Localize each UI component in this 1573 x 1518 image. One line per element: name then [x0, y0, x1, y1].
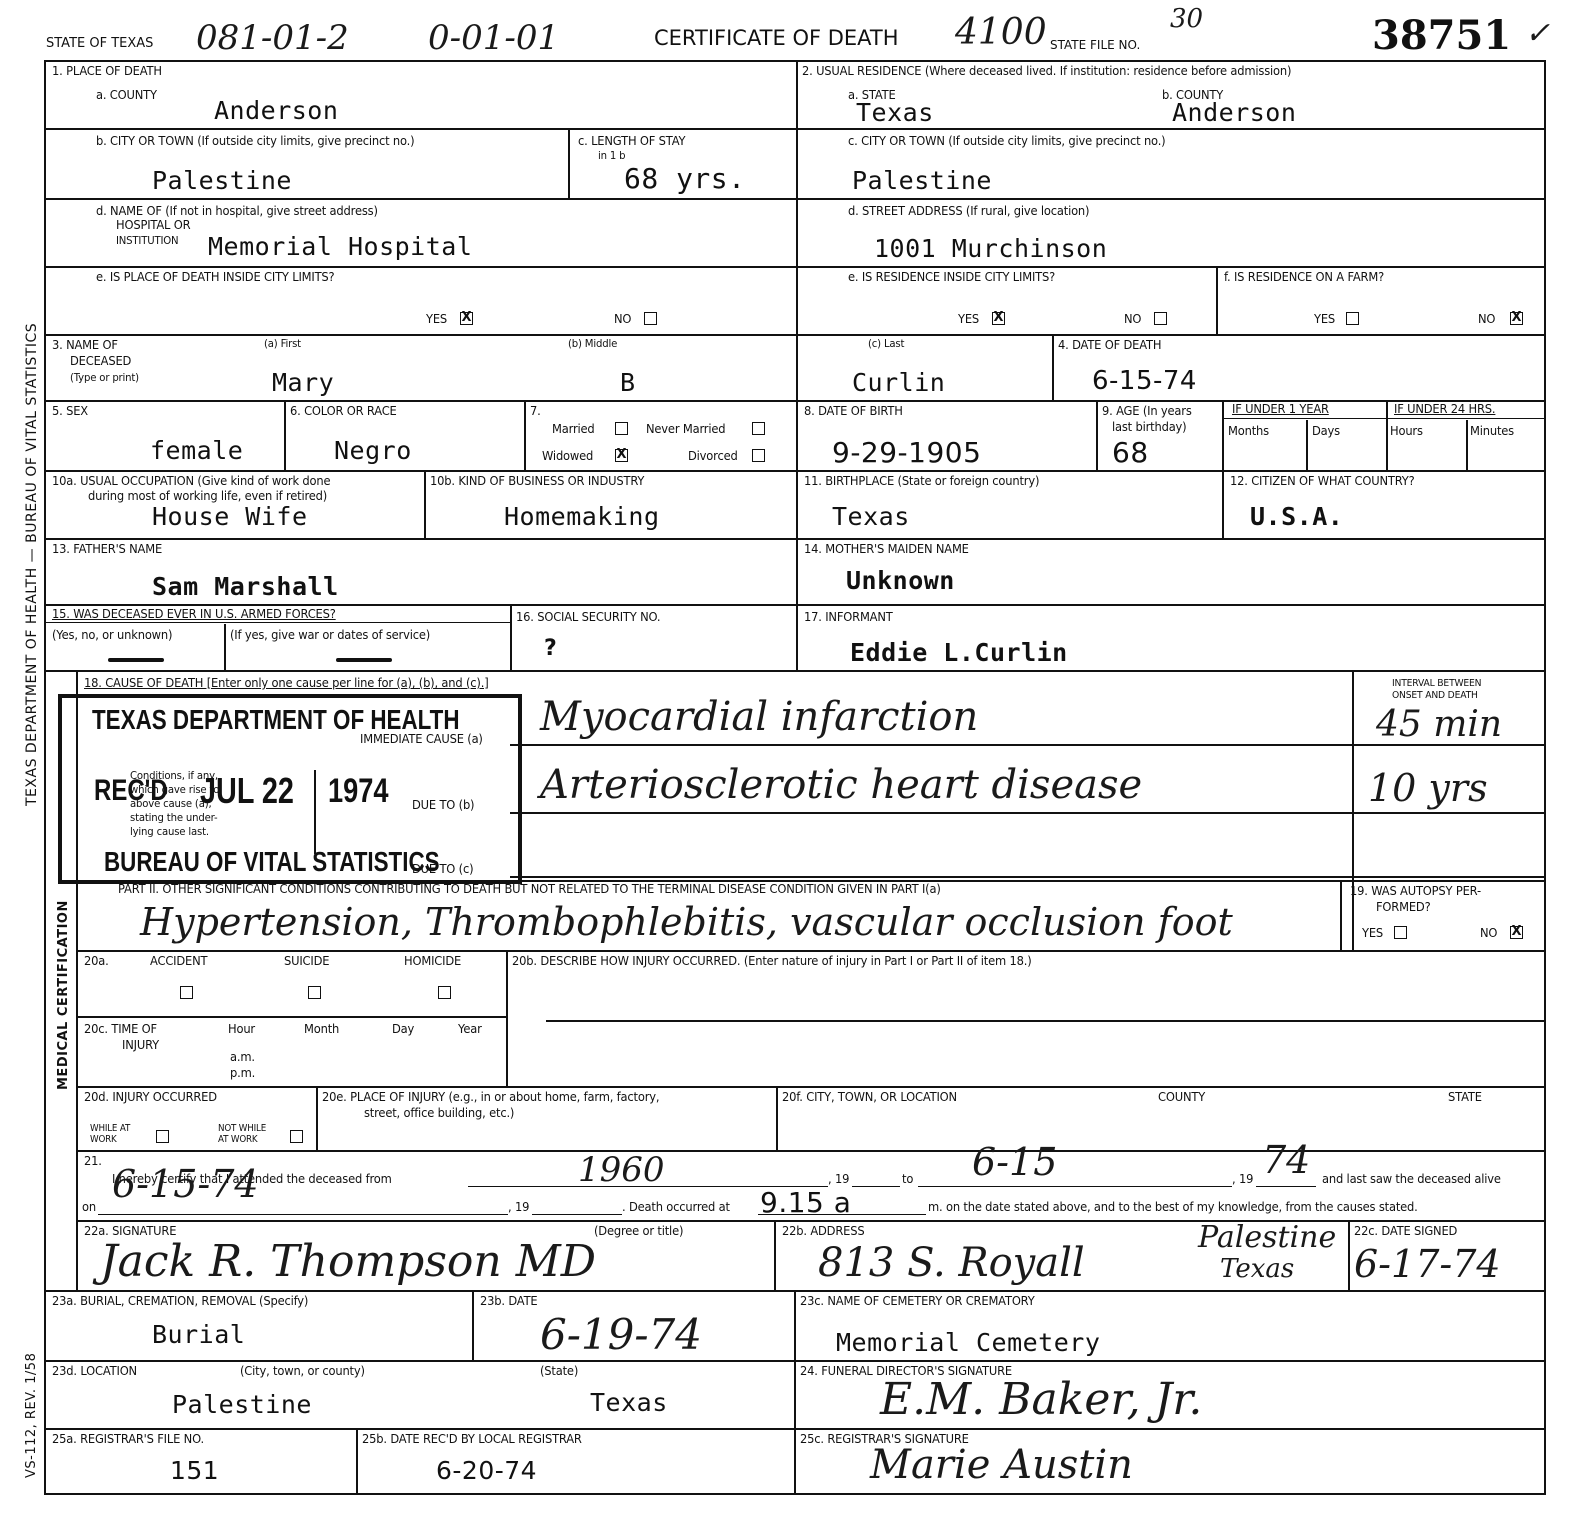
divider [424, 470, 426, 538]
divider [1306, 420, 1308, 470]
stamp-year: 1974 [328, 772, 389, 811]
occupation-label-2: during most of working life, even if ret… [88, 489, 327, 503]
handwritten-file-annotation: 30 [1170, 4, 1203, 34]
suicide-label: SUICIDE [284, 954, 329, 968]
autopsy-yes-checkbox[interactable] [1394, 926, 1407, 939]
citizen-value[interactable]: U.S.A. [1250, 502, 1343, 531]
farm-yes-checkbox[interactable] [1346, 312, 1359, 325]
cemetery-value[interactable]: Memorial Cemetery [836, 1328, 1100, 1357]
armed-forces-dash-1 [108, 658, 164, 662]
cemetery-label: 23c. NAME OF CEMETERY OR CREMATORY [800, 1294, 1035, 1308]
burial-location-value[interactable]: Palestine [172, 1390, 312, 1419]
attended-to-year-value[interactable]: 74 [1262, 1138, 1310, 1182]
physician-address-city[interactable]: Palestine [1198, 1220, 1336, 1255]
residence-inside-limits-label: e. IS RESIDENCE INSIDE CITY LIMITS? [848, 270, 1055, 284]
autopsy-no-label: NO [1480, 926, 1497, 940]
never-married-label: Never Married [646, 422, 725, 436]
death-time-value[interactable]: 9.15 a [760, 1186, 851, 1219]
death-inside-limits-label: e. IS PLACE OF DEATH INSIDE CITY LIMITS? [96, 270, 334, 284]
divider [76, 950, 1544, 952]
day-label: Day [392, 1022, 414, 1036]
19b-underline [1256, 1186, 1316, 1187]
divider [76, 1016, 508, 1018]
death-inside-no-label: NO [614, 312, 631, 326]
burial-state-label: (State) [540, 1364, 578, 1378]
certification-text-3: . Death occurred at [622, 1200, 730, 1214]
divider [568, 128, 570, 198]
birthplace-value[interactable]: Texas [832, 502, 910, 531]
days-label: Days [1312, 424, 1340, 438]
age-label-2: last birthday) [1112, 420, 1186, 434]
homicide-label: HOMICIDE [404, 954, 461, 968]
name-label-3: (Type or print) [70, 372, 139, 384]
injury-county-label: COUNTY [1158, 1090, 1205, 1104]
age-value[interactable]: 68 [1112, 436, 1149, 469]
length-of-stay-sub: in 1 b [598, 150, 625, 162]
certification-19c: , 19 [508, 1200, 529, 1214]
physician-signature[interactable]: Jack R. Thompson MD [100, 1236, 596, 1287]
burial-date-label: 23b. DATE [480, 1294, 538, 1308]
part-ii-value[interactable]: Hypertension, Thrombophlebitis, vascular… [140, 900, 1233, 944]
divider [316, 1086, 318, 1150]
funeral-director-signature[interactable]: E.M. Baker, Jr. [880, 1374, 1202, 1425]
attended-to-value[interactable]: 6-15 [972, 1140, 1057, 1184]
stamp-date: JUL 22 [200, 770, 294, 812]
divider [284, 400, 286, 470]
certificate-number: 38751 [1372, 12, 1511, 59]
frame-left [44, 60, 46, 1495]
registrar-date-label: 25b. DATE REC'D BY LOCAL REGISTRAR [362, 1432, 582, 1446]
residence-inside-no-checkbox[interactable] [1154, 312, 1167, 325]
farm-no-label: NO [1478, 312, 1495, 326]
divider [76, 1150, 1544, 1152]
residence-label: 2. USUAL RESIDENCE (Where deceased lived… [802, 64, 1291, 78]
last-name-value[interactable]: Curlin [852, 368, 945, 397]
residence-county-value[interactable]: Anderson [1172, 98, 1296, 127]
divider [1386, 400, 1388, 470]
under-year-label: IF UNDER 1 YEAR [1232, 402, 1329, 416]
place-of-injury-label: 20e. PLACE OF INJURY (e.g., in or about … [322, 1090, 659, 1104]
marital-status-num: 7. [530, 404, 541, 418]
divider [356, 1428, 358, 1494]
death-county-value[interactable]: Anderson [214, 96, 338, 125]
residence-street-value[interactable]: 1001 Murchinson [874, 234, 1107, 263]
first-name-value[interactable]: Mary [272, 368, 334, 397]
autopsy-label-2: FORMED? [1376, 900, 1431, 914]
mother-value[interactable]: Unknown [846, 566, 955, 595]
divider [44, 470, 1546, 472]
length-of-stay-value[interactable]: 68 yrs. [624, 162, 746, 195]
interval-label: INTERVAL BETWEEN [1392, 678, 1481, 689]
hour-label: Hour [228, 1022, 255, 1036]
armed-forces-sub-2: (If yes, give war or dates of service) [230, 628, 430, 642]
certification-19a: , 19 [828, 1172, 849, 1186]
divider [524, 400, 526, 470]
widowed-checkbox[interactable]: X [615, 449, 628, 462]
never-married-checkbox[interactable] [752, 422, 765, 435]
injury-state-label: STATE [1448, 1090, 1482, 1104]
divider [224, 624, 226, 670]
birth-date-label: 8. DATE OF BIRTH [804, 404, 903, 418]
death-date-value[interactable]: 6-15-74 [1092, 366, 1197, 396]
armed-forces-sub-1: (Yes, no, or unknown) [52, 628, 172, 642]
minutes-label: Minutes [1470, 424, 1514, 438]
not-while-at-work-label-2: AT WORK [218, 1135, 257, 1145]
accident-label: ACCIDENT [150, 954, 207, 968]
divider [510, 876, 1544, 878]
divider [1216, 266, 1218, 334]
physician-address-label: 22b. ADDRESS [782, 1224, 864, 1238]
death-county-label: a. COUNTY [96, 88, 157, 102]
physician-address-state[interactable]: Texas [1220, 1254, 1294, 1284]
degree-label: (Degree or title) [594, 1224, 683, 1238]
19c-underline [532, 1214, 622, 1215]
form-id-side-label: VS-112, REV. 1/58 [24, 1353, 39, 1478]
divider [44, 622, 510, 623]
interval-label-2: ONSET AND DEATH [1392, 690, 1478, 701]
describe-injury-label: 20b. DESCRIBE HOW INJURY OCCURRED. (Ente… [512, 954, 1032, 968]
place-of-injury-label-2: street, office building, etc.) [364, 1106, 514, 1120]
first-name-label: (a) First [264, 338, 301, 350]
certification-to: to [902, 1172, 913, 1186]
time-of-injury-label: 20c. TIME OF [84, 1022, 157, 1036]
residence-inside-yes-label: YES [958, 312, 979, 326]
residence-inside-no-label: NO [1124, 312, 1141, 326]
handwritten-code-2: 0-01-01 [428, 18, 559, 58]
registrar-file-label: 25a. REGISTRAR'S FILE NO. [52, 1432, 204, 1446]
time-of-injury-label-2: INJURY [122, 1038, 159, 1052]
divider [44, 198, 1546, 200]
divider [1348, 1220, 1350, 1290]
disposition-value[interactable]: Burial [152, 1320, 245, 1349]
autopsy-yes-label: YES [1362, 926, 1383, 940]
residence-inside-yes-checkbox[interactable]: X [992, 312, 1005, 325]
handwritten-code-1: 081-01-2 [196, 18, 349, 58]
middle-name-label: (b) Middle [568, 338, 617, 350]
industry-value[interactable]: Homemaking [504, 502, 660, 531]
divider [44, 670, 1546, 672]
informant-value[interactable]: Eddie L.Curlin [850, 638, 1068, 667]
homicide-checkbox[interactable] [438, 986, 451, 999]
stamp-bracket [314, 770, 316, 854]
registrar-date-value[interactable]: 6-20-74 [436, 1456, 537, 1485]
state-file-label: STATE FILE NO. [1050, 38, 1140, 52]
stamp-recd: REC'D [94, 774, 168, 808]
medical-certification-side-label: MEDICAL CERTIFICATION [56, 900, 71, 1090]
last-name-label: (c) Last [868, 338, 904, 350]
not-while-at-work-label: NOT WHILE [218, 1124, 266, 1134]
informant-label: 17. INFORMANT [804, 610, 893, 624]
burial-state-value[interactable]: Texas [590, 1388, 668, 1417]
certification-text-2: and last saw the deceased alive [1322, 1172, 1501, 1186]
certification-on: on [82, 1200, 96, 1214]
injury-occurred-label: 20d. INJURY OCCURRED [84, 1090, 217, 1104]
divider [44, 538, 1546, 540]
divider [546, 1020, 1544, 1022]
mother-label: 14. MOTHER'S MAIDEN NAME [804, 542, 969, 556]
sex-value[interactable]: female [150, 436, 243, 465]
under-24-label: IF UNDER 24 HRS. [1394, 402, 1495, 416]
check-mark-icon: ✓ [1525, 16, 1550, 51]
divider [1052, 334, 1054, 400]
residence-street-label: d. STREET ADDRESS (If rural, give locati… [848, 204, 1089, 218]
death-city-label: b. CITY OR TOWN (If outside city limits,… [96, 134, 414, 148]
state-of-texas-label: STATE OF TEXAS [46, 36, 153, 51]
divider [76, 1086, 1544, 1088]
industry-label: 10b. KIND OF BUSINESS OR INDUSTRY [430, 474, 644, 488]
divider [510, 812, 1544, 814]
while-at-work-label-2: WORK [90, 1135, 117, 1145]
divorced-label: Divorced [688, 449, 738, 463]
birth-date-value[interactable]: 9-29-1905 [832, 436, 981, 469]
death-inside-yes-label: YES [426, 312, 447, 326]
attended-from-value[interactable]: 1960 [578, 1150, 665, 1190]
hospital-value[interactable]: Memorial Hospital [208, 232, 472, 261]
residence-city-label: c. CITY OR TOWN (If outside city limits,… [848, 134, 1165, 148]
divider [1466, 420, 1468, 470]
divider [44, 128, 1546, 130]
middle-name-value[interactable]: B [620, 368, 636, 397]
citizen-label: 12. CITIZEN OF WHAT COUNTRY? [1230, 474, 1415, 488]
not-while-at-work-checkbox[interactable] [290, 1130, 303, 1143]
certification-text-4: m. on the date stated above, and to the … [928, 1200, 1418, 1214]
married-checkbox[interactable] [615, 422, 628, 435]
frame-right [1544, 60, 1546, 1495]
divider [472, 1290, 474, 1360]
married-label: Married [552, 422, 595, 436]
residence-state-value[interactable]: Texas [856, 98, 934, 127]
certification-19b: , 19 [1232, 1172, 1253, 1186]
occupation-label: 10a. USUAL OCCUPATION (Give kind of work… [52, 474, 330, 488]
death-inside-yes-checkbox[interactable]: X [460, 312, 473, 325]
divider [774, 1220, 776, 1290]
divider [1222, 418, 1544, 419]
occupation-value[interactable]: House Wife [152, 502, 308, 531]
name-label-2: DECEASED [70, 354, 131, 368]
cause-b-value[interactable]: Arteriosclerotic heart disease [540, 762, 1142, 808]
injury-city-label: 20f. CITY, TOWN, OR LOCATION [782, 1090, 957, 1104]
ssn-label: 16. SOCIAL SECURITY NO. [516, 610, 660, 624]
divider [1340, 880, 1342, 952]
ssn-value[interactable]: ? [544, 636, 557, 661]
pm-label: p.m. [230, 1066, 255, 1080]
certificate-title: CERTIFICATE OF DEATH [654, 26, 899, 50]
last-seen-value[interactable]: 6-15-74 [112, 1162, 259, 1206]
disposition-label: 23a. BURIAL, CREMATION, REMOVAL (Specify… [52, 1294, 308, 1308]
burial-date-value[interactable]: 6-19-74 [540, 1310, 702, 1359]
interval-b-value[interactable]: 10 yrs [1368, 766, 1488, 810]
registrar-file-value[interactable]: 151 [170, 1456, 219, 1485]
farm-yes-label: YES [1314, 312, 1335, 326]
burial-location-sub: (City, town, or county) [240, 1364, 365, 1378]
date-signed-value[interactable]: 6-17-74 [1354, 1242, 1501, 1286]
hospital-label-3: INSTITUTION [116, 235, 178, 247]
divider [510, 604, 512, 670]
handwritten-title-annotation: 4100 [955, 12, 1047, 53]
on-underline [98, 1214, 508, 1215]
hospital-label: d. NAME OF (If not in hospital, give str… [96, 204, 378, 218]
accident-checkbox[interactable] [180, 986, 193, 999]
divider [1222, 400, 1224, 538]
divider [44, 266, 1546, 268]
death-inside-no-checkbox[interactable] [644, 312, 657, 325]
year-label: Year [458, 1022, 482, 1036]
father-value[interactable]: Sam Marshall [152, 572, 339, 601]
suicide-checkbox[interactable] [308, 986, 321, 999]
divider [1096, 400, 1098, 470]
race-label: 6. COLOR OR RACE [290, 404, 397, 418]
place-of-death-label: 1. PLACE OF DEATH [52, 64, 162, 78]
death-date-label: 4. DATE OF DEATH [1058, 338, 1161, 352]
armed-forces-label: 15. WAS DECEASED EVER IN U.S. ARMED FORC… [52, 607, 336, 621]
19a-underline [852, 1186, 900, 1187]
sex-label: 5. SEX [52, 404, 88, 418]
divider [506, 950, 508, 1088]
while-at-work-checkbox[interactable] [156, 1130, 169, 1143]
farm-no-checkbox[interactable]: X [1510, 312, 1523, 325]
am-label: a.m. [230, 1050, 255, 1064]
age-label: 9. AGE (In years [1102, 404, 1192, 418]
death-city-value[interactable]: Palestine [152, 166, 292, 195]
divider [796, 60, 798, 670]
autopsy-no-checkbox[interactable]: X [1510, 926, 1523, 939]
father-label: 13. FATHER'S NAME [52, 542, 162, 556]
burial-location-label: 23d. LOCATION [52, 1364, 137, 1378]
cause-a-value[interactable]: Myocardial infarction [540, 694, 978, 740]
department-side-label: TEXAS DEPARTMENT OF HEALTH — BUREAU OF V… [24, 323, 40, 806]
divider [1352, 670, 1354, 952]
injury-20a-num: 20a. [84, 954, 109, 968]
to-underline [918, 1186, 1232, 1187]
frame-top [44, 60, 1546, 62]
cause-of-death-label: 18. CAUSE OF DEATH [Enter only one cause… [84, 676, 489, 690]
divider [44, 334, 1546, 336]
stamp-bureau: BUREAU OF VITAL STATISTICS [104, 846, 440, 878]
name-label: 3. NAME OF [52, 338, 118, 352]
birthplace-label: 11. BIRTHPLACE (State or foreign country… [804, 474, 1039, 488]
race-value[interactable]: Negro [334, 436, 412, 465]
date-signed-label: 22c. DATE SIGNED [1354, 1224, 1457, 1238]
armed-forces-dash-2 [336, 658, 392, 662]
divider [794, 1290, 796, 1495]
registrar-signature[interactable]: Marie Austin [870, 1442, 1133, 1488]
divorced-checkbox[interactable] [752, 449, 765, 462]
divider [776, 1086, 778, 1150]
stamp-department: TEXAS DEPARTMENT OF HEALTH [92, 704, 460, 736]
part-ii-label: PART II. OTHER SIGNIFICANT CONDITIONS CO… [118, 882, 941, 896]
while-at-work-label: WHILE AT [90, 1124, 130, 1134]
autopsy-label: 19. WAS AUTOPSY PER- [1350, 884, 1481, 898]
length-of-stay-label: c. LENGTH OF STAY [578, 134, 685, 148]
month-label: Month [304, 1022, 339, 1036]
months-label: Months [1228, 424, 1269, 438]
residence-city-value[interactable]: Palestine [852, 166, 992, 195]
hours-label: Hours [1390, 424, 1423, 438]
certification-num: 21. [84, 1154, 102, 1168]
physician-address-value[interactable]: 813 S. Royall [818, 1240, 1085, 1286]
farm-label: f. IS RESIDENCE ON A FARM? [1224, 270, 1384, 284]
interval-a-value[interactable]: 45 min [1376, 704, 1502, 745]
widowed-label: Widowed [542, 449, 593, 463]
hospital-label-2: HOSPITAL OR [116, 218, 190, 232]
